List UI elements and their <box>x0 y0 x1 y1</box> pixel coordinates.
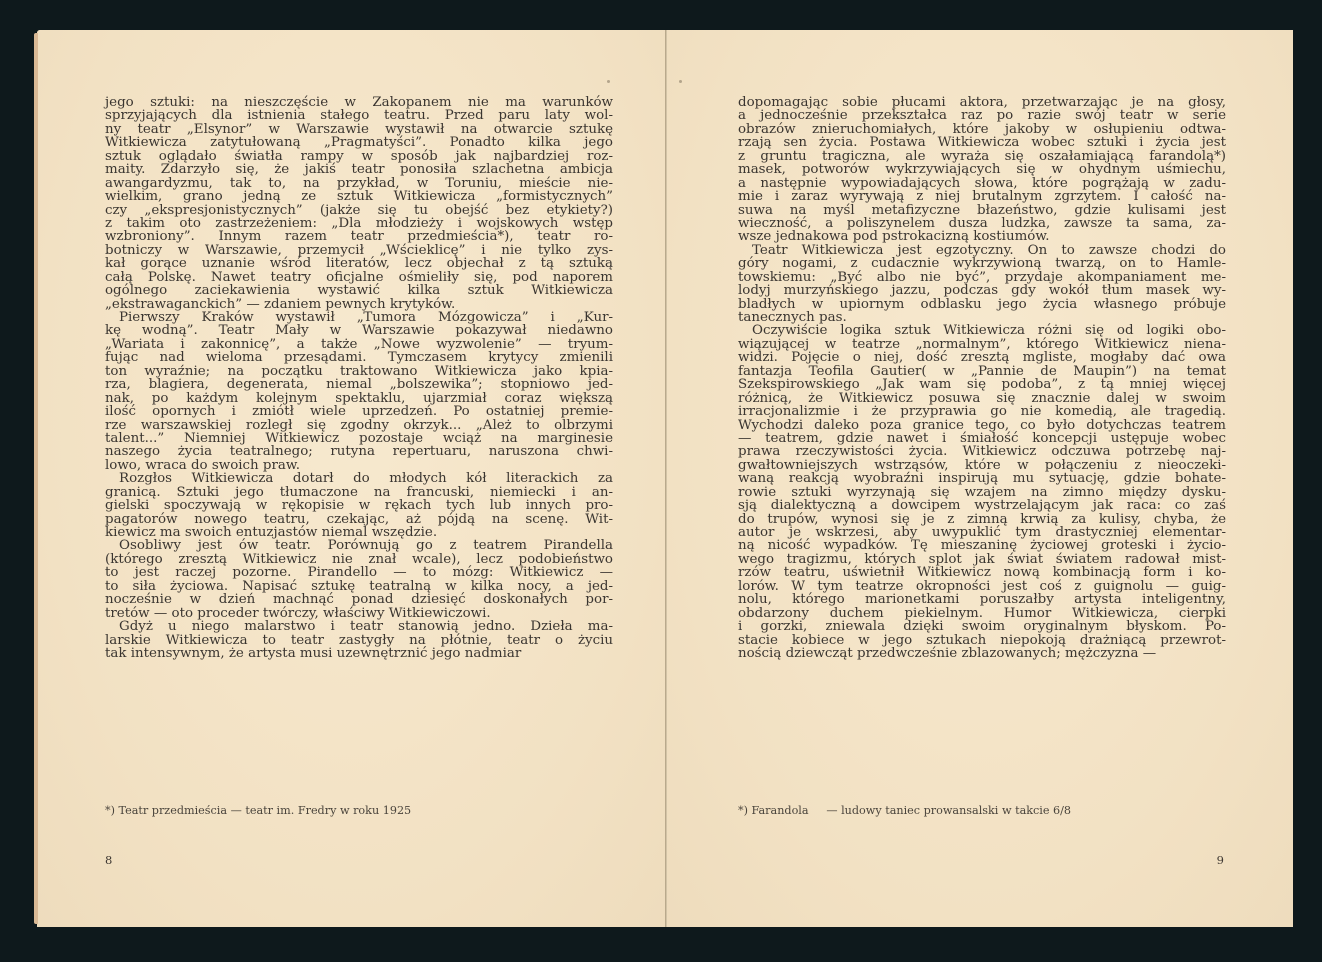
text-line: kiewicz ma swoich entuzjastów niemal wsz… <box>105 526 613 539</box>
text-line: lodyj murzyńskiego jazzu, podczas gdy wo… <box>738 284 1226 297</box>
text-line: gwałtowniejszych wstrząsów, które w połą… <box>738 459 1226 472</box>
right-page-footnote: *) Farandola — ludowy taniec prowansalsk… <box>738 804 1071 817</box>
text-line: talent...” Niemniej Witkiewicz pozostaje… <box>105 432 613 445</box>
text-line: suwa na myśl metafizyczne błazeństwo, gd… <box>738 204 1226 217</box>
text-line: tanecznych pas. <box>738 311 1226 324</box>
text-line: larskie Witkiewicza to teatr zastygły na… <box>105 634 613 647</box>
text-line: ny teatr „Elsynor” w Warszawie wystawił … <box>105 123 613 136</box>
text-line: masek, potworów wykrzywiających się w oh… <box>738 163 1226 176</box>
text-line: dopomagając sobie płucami aktora, przetw… <box>738 96 1226 109</box>
text-line: Wychodzi daleko poza granice tego, co by… <box>738 419 1226 432</box>
text-line: Rozgłos Witkiewicza dotarł do młodych kó… <box>105 472 613 485</box>
text-line: „ekstrawaganckich” — zdaniem pewnych kry… <box>105 298 613 311</box>
text-line: to siła życiowa. Napisać sztukę teatraln… <box>105 580 613 593</box>
text-line: irracjonalizmie i że przyprawia go nie k… <box>738 405 1226 418</box>
text-line: pagatorów nowego teatru, czekając, aż pó… <box>105 513 613 526</box>
left-page-footnote: *) Teatr przedmieścia — teatr im. Fredry… <box>105 804 411 817</box>
text-line: Witkiewicza zatytułowaną „Pragmatyści”. … <box>105 136 613 149</box>
text-line: bladłych w upiornym odblasku jego życia … <box>738 298 1226 311</box>
text-line: naszego życia teatralnego; rutyna repert… <box>105 445 613 458</box>
text-line: do trupów, wynosi się je z zimną krwią z… <box>738 513 1226 526</box>
text-line: Teatr Witkiewicza jest egzotyczny. On to… <box>738 244 1226 257</box>
text-line: Gdyż u niego malarstwo i teatr stanowią … <box>105 620 613 633</box>
text-line: z takim oto zastrzeżeniem: „Dla młodzież… <box>105 217 613 230</box>
text-line: a jednocześnie przekształca raz po razie… <box>738 109 1226 122</box>
text-line: różnicą, że Witkiewicz posuwa się znaczn… <box>738 392 1226 405</box>
text-line: rzają sen życia. Postawa Witkiewicza wob… <box>738 136 1226 149</box>
text-line: i gorzki, zniewala dzięki swoim oryginal… <box>738 620 1226 633</box>
text-line: nak, po każdym kolejnym spektaklu, ujarz… <box>105 392 613 405</box>
paper-speck <box>607 80 610 83</box>
left-page-number: 8 <box>105 853 112 867</box>
text-line: stacie kobiece w jego sztukach niepokoją… <box>738 634 1226 647</box>
text-line: czy „ekspresjonistycznych” (jakże się tu… <box>105 204 613 217</box>
text-line: waną reakcją wyobraźni inspirują mu sytu… <box>738 472 1226 485</box>
text-line: a następnie wypowiadających słowa, które… <box>738 177 1226 190</box>
right-page-number: 9 <box>1217 853 1224 867</box>
text-line: obdarzony duchem piekielnym. Humor Witki… <box>738 607 1226 620</box>
text-line: (którego zresztą Witkiewicz nie znał wca… <box>105 553 613 566</box>
text-line: ną nicość wypadków. Tę mieszaninę życiow… <box>738 539 1226 552</box>
text-line: tretów — oto proceder twórczy, właściwy … <box>105 607 613 620</box>
text-line: jego sztuki: na nieszczęście w Zakopanem… <box>105 96 613 109</box>
text-line: mie i zaraz wyrywają z niej brutalnym zg… <box>738 190 1226 203</box>
text-line: rzów teatru, uświetnił Witkiewicz nową k… <box>738 566 1226 579</box>
text-line: fantazja Teofila Gautier( w „Pannie de M… <box>738 365 1226 378</box>
text-line: z gruntu tragiczna, ale wyraża się oszał… <box>738 150 1226 163</box>
text-line: kę wodną”. Teatr Mały w Warszawie pokazy… <box>105 324 613 337</box>
text-line: fując nad wieloma przesądami. Tymczasem … <box>105 351 613 364</box>
left-page: jego sztuki: na nieszczęście w Zakopanem… <box>37 30 666 927</box>
text-line: autor je wskrzesi, aby uwypuklić tym dra… <box>738 526 1226 539</box>
text-line: ton wyraźnie; na początku traktowano Wit… <box>105 365 613 378</box>
left-page-body-text: jego sztuki: na nieszczęście w Zakopanem… <box>105 96 613 660</box>
text-line: całą Polskę. Nawet teatry oficjalne ośmi… <box>105 271 613 284</box>
text-line: granicą. Sztuki jego tłumaczone na franc… <box>105 486 613 499</box>
text-line: maity. Zdarzyło się, że jakiś teatr pono… <box>105 163 613 176</box>
text-line: ilość opornych i zmiótł wiele uprzedzeń.… <box>105 405 613 418</box>
text-line: wielkim, grano jedną ze sztuk Witkiewicz… <box>105 190 613 203</box>
page-edge <box>34 33 38 924</box>
text-line: ogólnego zaciekawienia wystawić kilka sz… <box>105 284 613 297</box>
text-line: Pierwszy Kraków wystawił „Tumora Mózgowi… <box>105 311 613 324</box>
text-line: lorów. W tym teatrze okropności jest coś… <box>738 580 1226 593</box>
text-line: kał gorące uznanie wśród literatów, lecz… <box>105 257 613 270</box>
text-line: nocześnie w dzień machnąć ponad dziesięć… <box>105 593 613 606</box>
right-page: dopomagając sobie płucami aktora, przetw… <box>666 30 1293 927</box>
text-line: prawa rzeczywistości życia. Witkiewicz o… <box>738 445 1226 458</box>
text-line: obrazów znieruchomiałych, które jakoby w… <box>738 123 1226 136</box>
text-line: towskiemu: „Być albo nie być”, przydaje … <box>738 271 1226 284</box>
text-line: Szekspirowskiego „Jak wam się podoba”, z… <box>738 378 1226 391</box>
text-line: — teatrem, gdzie nawet i śmiałość koncep… <box>738 432 1226 445</box>
text-line: góry nogami, z cudacznie wykrzywioną twa… <box>738 257 1226 270</box>
text-line: nością dziewcząt przedwcześnie zblazowan… <box>738 647 1226 660</box>
text-line: sją dialektyczną a dowcipem wystrzelając… <box>738 499 1226 512</box>
text-line: wieczność, a poliszynelem dusza ludzka, … <box>738 217 1226 230</box>
paper-speck <box>679 80 682 83</box>
text-line: wsze jednakowa pod pstrokacizną kostiumó… <box>738 230 1226 243</box>
text-line: wiązującej w teatrze „normalnym”, któreg… <box>738 338 1226 351</box>
text-line: sztuk oglądało światła rampy w sposób ja… <box>105 150 613 163</box>
text-line: rowie sztuki wyrzynają się wzajem na zim… <box>738 486 1226 499</box>
text-line: tak intensywnym, że artysta musi uzewnęt… <box>105 647 613 660</box>
text-line: rza, blagiera, degenerata, niemal „bolsz… <box>105 378 613 391</box>
text-line: sprzyjających dla istnienia stałego teat… <box>105 109 613 122</box>
text-line: wzbroniony”. Innym razem teatr przedmieś… <box>105 230 613 243</box>
text-line: „Wariata i zakonnicę”, a także „Nowe wyz… <box>105 338 613 351</box>
text-line: Osobliwy jest ów teatr. Porównują go z t… <box>105 539 613 552</box>
text-line: gielski spoczywają w rękopisie w rękach … <box>105 499 613 512</box>
text-line: botniczy w Warszawie, przemycił „Wściekl… <box>105 244 613 257</box>
text-line: widzi. Pojęcie o niej, dość zresztą mgli… <box>738 351 1226 364</box>
text-line: nolu, którego marionetkami poruszałby ar… <box>738 593 1226 606</box>
text-line: lowo, wraca do swoich praw. <box>105 459 613 472</box>
text-line: wego tragizmu, których splot jak świat ś… <box>738 553 1226 566</box>
right-page-body-text: dopomagając sobie płucami aktora, przetw… <box>738 96 1226 660</box>
book-spread: jego sztuki: na nieszczęście w Zakopanem… <box>37 30 1292 927</box>
text-line: Oczywiście logika sztuk Witkiewicza różn… <box>738 324 1226 337</box>
text-line: awangardyzmu, tak to, na przykład, w Tor… <box>105 177 613 190</box>
text-line: to jest raczej pozorne. Pirandello — to … <box>105 566 613 579</box>
text-line: rze warszawskiej rozległ się zgodny okrz… <box>105 419 613 432</box>
